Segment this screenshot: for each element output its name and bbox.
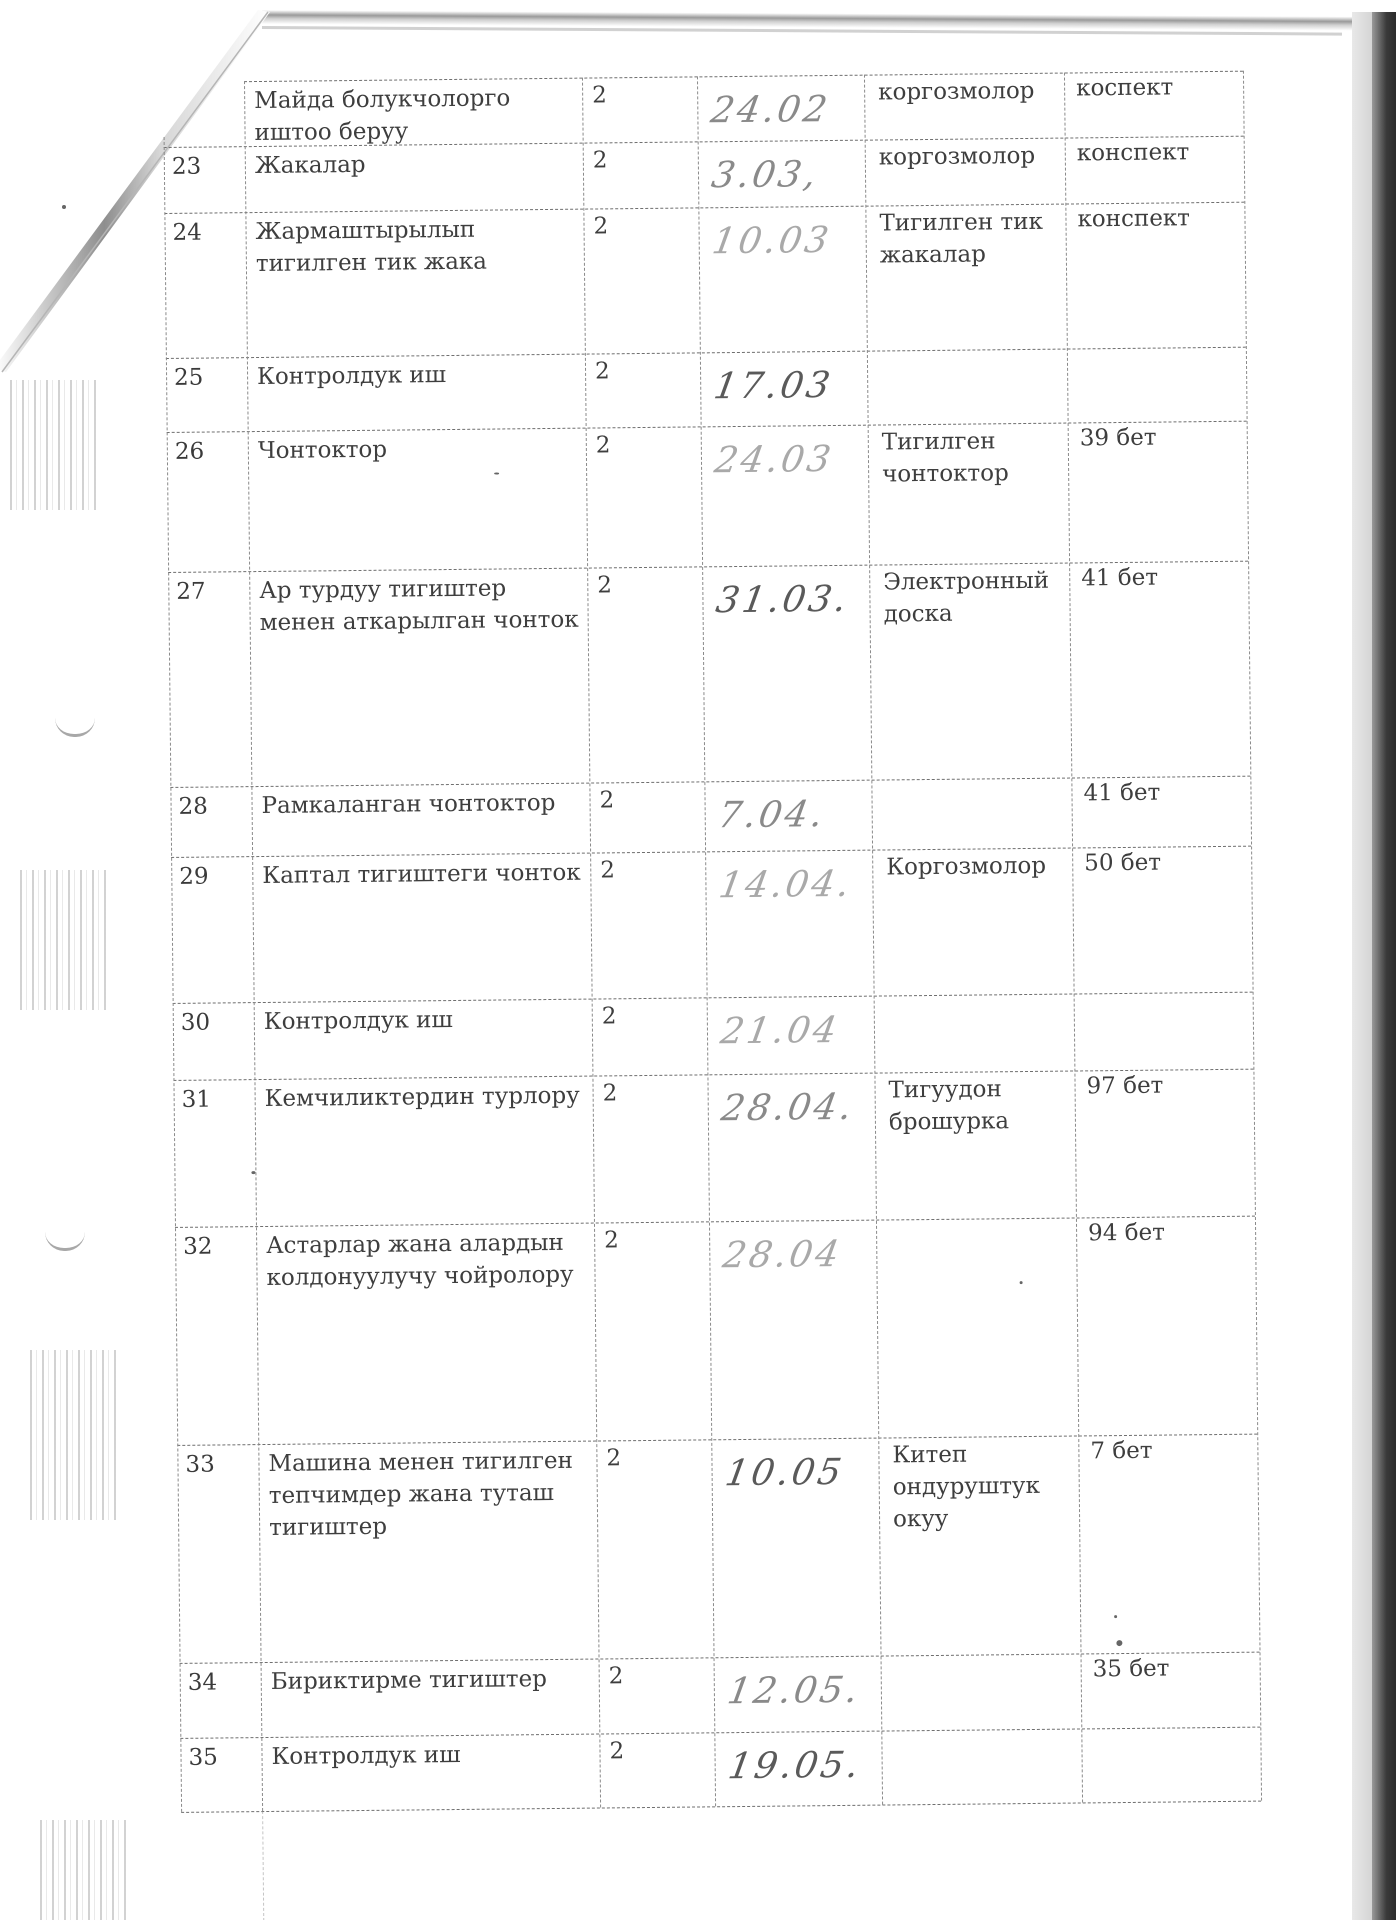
lesson-date-handwritten: 3.03, <box>709 154 822 196</box>
lesson-date-handwritten: 14.04. <box>716 864 855 906</box>
lesson-topic: Рамкаланган чонтоктор <box>261 787 583 822</box>
homework: 35 бет <box>1093 1652 1256 1686</box>
lesson-hours: 2 <box>602 1000 662 1033</box>
row-number: 28 <box>178 790 247 823</box>
column-divider <box>1064 73 1083 1803</box>
row-number: 24 <box>172 216 241 249</box>
ink-speck <box>1116 1640 1122 1646</box>
homework: коспект <box>1076 71 1239 105</box>
lesson-hours: 2 <box>606 1442 666 1475</box>
table-bottom-border <box>181 1801 1261 1813</box>
lesson-date-handwritten: 31.03. <box>713 579 852 621</box>
ink-speck <box>1114 1615 1117 1618</box>
lesson-hours: 2 <box>592 79 652 112</box>
lesson-topic: Машина менен тигилген тепчимдер жана тут… <box>268 1445 591 1544</box>
lesson-date-handwritten: 21.04 <box>718 1010 843 1052</box>
lesson-hours: 2 <box>593 210 653 243</box>
row-divider <box>180 1727 1260 1739</box>
margin-guide-line <box>262 1811 264 1920</box>
lesson-date-handwritten: 10.03 <box>709 220 834 262</box>
homework: 41 бет <box>1081 561 1244 595</box>
lesson-hours: 2 <box>597 569 657 602</box>
visual-aids: коргозмолор <box>879 140 1061 174</box>
row-number: 26 <box>175 435 244 468</box>
homework: конспект <box>1077 202 1240 236</box>
homework: 50 бет <box>1084 846 1247 880</box>
lesson-topic: Астарлар жана алардын колдонуулучу чойро… <box>266 1227 589 1294</box>
lesson-hours: 2 <box>599 784 659 817</box>
homework: 39 бет <box>1080 421 1243 455</box>
row-number <box>171 85 240 86</box>
lesson-topic: Жармаштырылып тигилген тик жака <box>255 213 578 280</box>
lesson-date-handwritten: 28.04 <box>720 1234 845 1276</box>
row-divider <box>166 347 1246 359</box>
visual-aids: Электронный доска <box>883 565 1066 631</box>
lesson-date-handwritten: 24.02 <box>708 89 833 131</box>
column-divider <box>697 76 716 1806</box>
visual-aids: Тигуудон брошурка <box>888 1073 1071 1139</box>
row-number: 25 <box>174 361 243 394</box>
visual-aids: Тигилген тик жакалар <box>879 206 1062 272</box>
lesson-date-handwritten: 7.04. <box>715 794 828 836</box>
lesson-topic: Майда болукчолорго иштоо беруу <box>254 82 577 149</box>
column-divider <box>1243 71 1262 1801</box>
lesson-hours: 2 <box>595 355 655 388</box>
lesson-hours: 2 <box>596 429 656 462</box>
visual-aids: Тигилген чонтоктор <box>882 425 1065 491</box>
lesson-hours: 2 <box>609 1735 669 1768</box>
visual-aids: Коргозмолор <box>886 850 1068 884</box>
homework: 94 бет <box>1088 1216 1251 1250</box>
row-number: 34 <box>188 1666 257 1699</box>
lesson-date-handwritten: 17.03 <box>711 365 836 407</box>
homework: конспект <box>1077 136 1240 170</box>
homework: 7 бет <box>1090 1434 1253 1468</box>
row-divider <box>173 992 1253 1004</box>
column-divider <box>244 81 263 1811</box>
lesson-date-handwritten: 10.05 <box>722 1452 847 1494</box>
homework: 97 бет <box>1086 1069 1249 1103</box>
lesson-hours: 2 <box>600 854 660 887</box>
ink-speck <box>494 473 499 475</box>
lesson-topic: Бириктирме тигиштер <box>271 1663 593 1698</box>
lesson-topic: Кемчиликтердин турлору <box>264 1080 586 1115</box>
column-divider <box>582 78 601 1808</box>
ink-speck <box>251 1171 255 1174</box>
lesson-hours: 2 <box>602 1077 662 1110</box>
ink-speck <box>1020 1281 1023 1284</box>
lesson-hours: 2 <box>609 1660 669 1693</box>
lesson-topic: Контролдук иш <box>257 358 579 393</box>
homework: 41 бет <box>1083 776 1246 810</box>
lesson-hours: 2 <box>604 1224 664 1257</box>
row-number: 27 <box>176 575 245 608</box>
row-number: 29 <box>179 860 248 893</box>
lesson-topic: Жакалар <box>255 147 577 182</box>
row-number: 35 <box>188 1741 257 1774</box>
lesson-topic: Контролдук иш <box>264 1003 586 1038</box>
row-number: 32 <box>183 1230 252 1263</box>
lesson-topic: Ар турдуу тигиштер менен аткарылган чонт… <box>259 572 582 639</box>
lesson-plan-table: Майда болукчолорго иштоо беруу224.02корг… <box>0 0 1396 1920</box>
lesson-topic: Каптал тигиштеги чонток <box>262 857 584 892</box>
lesson-date-handwritten: 24.03 <box>712 439 837 481</box>
visual-aids: Китеп ондуруштук окуу <box>892 1438 1075 1536</box>
row-number: 33 <box>185 1448 254 1481</box>
column-divider <box>864 75 883 1805</box>
lesson-topic: Чонтоктор <box>258 432 580 467</box>
lesson-date-handwritten: 19.05. <box>725 1745 864 1787</box>
visual-aids: коргозмолор <box>878 75 1060 109</box>
row-number: 31 <box>181 1083 250 1116</box>
lesson-hours: 2 <box>593 144 653 177</box>
lesson-date-handwritten: 12.05. <box>724 1670 863 1712</box>
row-number: 23 <box>172 150 241 183</box>
row-number: 30 <box>181 1006 250 1039</box>
lesson-topic: Контролдук иш <box>271 1738 593 1773</box>
lesson-date-handwritten: 28.04. <box>718 1087 857 1129</box>
